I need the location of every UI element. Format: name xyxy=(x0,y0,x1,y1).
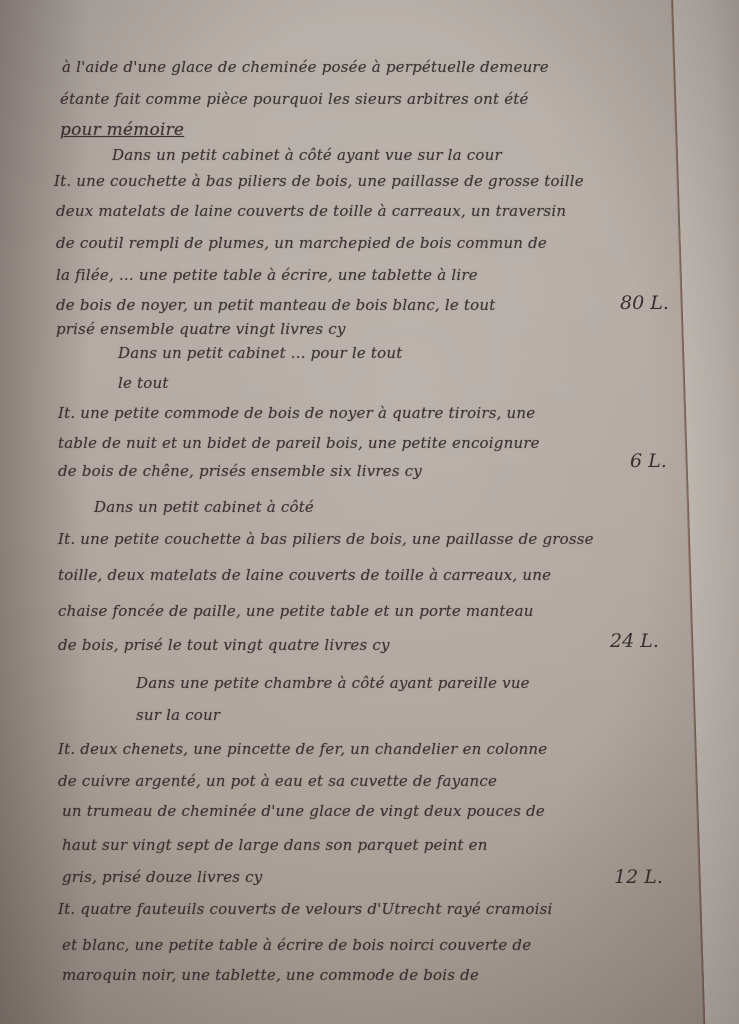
manuscript-line: It. une couchette à bas piliers de bois,… xyxy=(54,172,584,190)
manuscript-line: sur la cour xyxy=(136,706,220,724)
manuscript-line: deux matelats de laine couverts de toill… xyxy=(56,202,566,220)
manuscript-line: de bois de chêne, prisés ensemble six li… xyxy=(58,462,422,480)
manuscript-line: un trumeau de cheminée d'une glace de vi… xyxy=(62,802,545,820)
manuscript-line: à l'aide d'une glace de cheminée posée à… xyxy=(62,58,549,76)
manuscript-line: gris, prisé douze livres cy xyxy=(62,868,262,886)
room-heading: Dans un petit cabinet à côté ayant vue s… xyxy=(112,146,502,164)
manuscript-line: It. une petite couchette à bas piliers d… xyxy=(58,530,594,548)
manuscript-page: à l'aide d'une glace de cheminée posée à… xyxy=(40,0,680,1024)
manuscript-line: chaise foncée de paille, une petite tabl… xyxy=(58,602,534,620)
manuscript-line: de coutil rempli de plumes, un marchepie… xyxy=(56,234,547,252)
manuscript-line: la filée, ... une petite table à écrire,… xyxy=(56,266,478,284)
manuscript-line: toille, deux matelats de laine couverts … xyxy=(58,566,551,584)
manuscript-line: pour mémoire xyxy=(60,120,184,140)
manuscript-line: maroquin noir, une tablette, une commode… xyxy=(62,966,479,984)
room-heading: Dans une petite chambre à côté ayant par… xyxy=(136,674,530,692)
manuscript-line: It. deux chenets, une pincette de fer, u… xyxy=(58,740,547,758)
manuscript-line: table de nuit et un bidet de pareil bois… xyxy=(58,434,540,452)
manuscript-line: de bois de noyer, un petit manteau de bo… xyxy=(56,296,495,314)
manuscript-line: et blanc, une petite table à écrire de b… xyxy=(62,936,531,954)
manuscript-line: prisé ensemble quatre vingt livres cy xyxy=(56,320,346,338)
valuation-amount: 6 L. xyxy=(630,450,667,472)
manuscript-line: It. une petite commode de bois de noyer … xyxy=(58,404,535,422)
valuation-amount: 80 L. xyxy=(620,292,669,314)
manuscript-line: le tout xyxy=(118,374,169,392)
valuation-amount: 24 L. xyxy=(610,630,659,652)
room-heading: Dans un petit cabinet ... pour le tout xyxy=(118,344,402,362)
valuation-amount: 12 L. xyxy=(614,866,663,888)
manuscript-line: haut sur vingt sept de large dans son pa… xyxy=(62,836,488,854)
manuscript-line: étante fait comme pièce pourquoi les sie… xyxy=(60,90,529,108)
manuscript-line: It. quatre fauteuils couverts de velours… xyxy=(58,900,553,918)
room-heading: Dans un petit cabinet à côté xyxy=(94,498,314,516)
manuscript-line: de cuivre argenté, un pot à eau et sa cu… xyxy=(58,772,497,790)
manuscript-line: de bois, prisé le tout vingt quatre livr… xyxy=(58,636,390,654)
